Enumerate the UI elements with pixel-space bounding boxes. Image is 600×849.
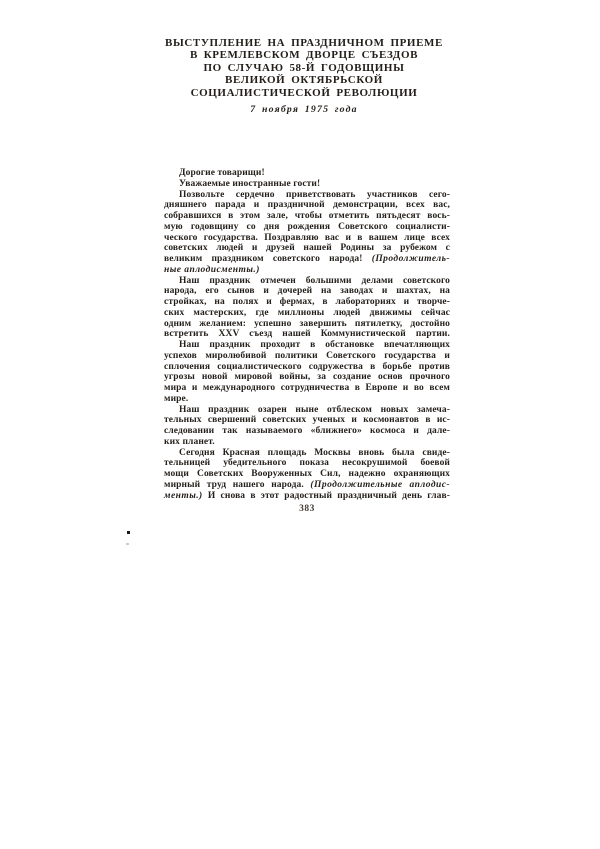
text-line: ских мастерских, где миллионы людей движ… xyxy=(164,308,450,319)
text-line: сплочения социалистического содружества … xyxy=(164,362,450,373)
text-segment: Дорогие товарищи! xyxy=(179,168,265,178)
text-line: менты.) И снова в этот радостный праздни… xyxy=(164,491,450,502)
text-segment: тельницей убедительного показа несокруши… xyxy=(164,458,450,468)
text-segment: Сегодня Красная площадь Москвы вновь был… xyxy=(179,448,450,458)
title-line-4: ВЕЛИКОЙ ОКТЯБРЬСКОЙ xyxy=(156,74,452,86)
text-line: советских людей и друзей нашей Родины за… xyxy=(164,243,450,254)
italic-text-segment: менты.) xyxy=(164,491,203,501)
text-segment: мира и международного сотрудничества в Е… xyxy=(164,383,450,393)
text-line: тельницей убедительного показа несокруши… xyxy=(164,458,450,469)
text-segment: ских мастерских, где миллионы людей движ… xyxy=(164,308,450,318)
text-segment: Наш праздник озарен ныне отблеском новых… xyxy=(179,405,450,415)
text-segment: Позвольте сердечно приветствовать участн… xyxy=(179,190,450,200)
text-line: собравшихся в этом зале, чтобы отметить … xyxy=(164,211,450,222)
text-line: ческого государства. Поздравляю вас и в … xyxy=(164,233,450,244)
text-line: мире. xyxy=(164,394,450,405)
text-line: дняшнего парада и праздничной демонстрац… xyxy=(164,200,450,211)
text-line: мира и международного сотрудничества в Е… xyxy=(164,383,450,394)
text-line: Наш праздник озарен ныне отблеском новых… xyxy=(164,405,450,416)
text-line: Дорогие товарищи! xyxy=(164,168,450,179)
text-segment: мую годовщину со дня рождения Советского… xyxy=(164,222,450,232)
text-segment: сплочения социалистического содружества … xyxy=(164,362,450,372)
text-line: мую годовщину со дня рождения Советского… xyxy=(164,222,450,233)
title-line-3: ПО СЛУЧАЮ 58-Й ГОДОВЩИНЫ xyxy=(156,62,452,74)
title-line-2: В КРЕМЛЕВСКОМ ДВОРЦЕ СЪЕЗДОВ xyxy=(156,49,452,61)
text-line: Сегодня Красная площадь Москвы вновь был… xyxy=(164,448,450,459)
text-segment: И снова в этот радостный праздничный ден… xyxy=(203,491,450,501)
text-segment: одним желанием: успешно завершить пятиле… xyxy=(164,319,450,329)
speech-body: Дорогие товарищи!Уважаемые иностранные г… xyxy=(164,168,450,501)
text-segment: успехов миролюбивой политики Советского … xyxy=(164,351,450,361)
text-segment: народа, его сынов и дочерей на заводах и… xyxy=(164,286,450,296)
text-line: мирный труд нашего народа. (Продолжитель… xyxy=(164,480,450,491)
speech-date: 7 ноября 1975 года xyxy=(156,104,452,115)
text-line: следовании так называемого «ближнего» ко… xyxy=(164,426,450,437)
text-segment: ких планет. xyxy=(164,437,215,447)
text-line: стройках, на полях и фермах, в лаборатор… xyxy=(164,297,450,308)
text-segment: Уважаемые иностранные гости! xyxy=(179,179,320,189)
text-line: Наш праздник проходит в обстановке впеча… xyxy=(164,340,450,351)
speech-title: ВЫСТУПЛЕНИЕ НА ПРАЗДНИЧНОМ ПРИЕМЕ В КРЕМ… xyxy=(156,37,452,115)
text-line: успехов миролюбивой политики Советского … xyxy=(164,351,450,362)
text-line: одним желанием: успешно завершить пятиле… xyxy=(164,319,450,330)
title-line-5: СОЦИАЛИСТИЧЕСКОЙ РЕВОЛЮЦИИ xyxy=(156,87,452,99)
text-line: встретить XXV съезд нашей Коммунистическ… xyxy=(164,329,450,340)
text-segment: тельных свершений советских ученых и кос… xyxy=(164,415,450,425)
text-line: Позвольте сердечно приветствовать участн… xyxy=(164,190,450,201)
text-segment: великим праздником советского народа! xyxy=(164,254,372,264)
scan-ink-speck xyxy=(127,531,130,534)
text-segment: собравшихся в этом зале, чтобы отметить … xyxy=(164,211,450,221)
italic-text-segment: ные аплодисменты.) xyxy=(164,265,260,275)
text-line: тельных свершений советских ученых и кос… xyxy=(164,415,450,426)
text-line: великим праздником советского народа! (П… xyxy=(164,254,450,265)
text-line: Наш праздник отмечен большими делами сов… xyxy=(164,276,450,287)
text-line: ких планет. xyxy=(164,437,450,448)
text-segment: угрозы новой мировой войны, за создание … xyxy=(164,372,450,382)
text-segment: мире. xyxy=(164,394,188,404)
text-segment: мирный труд нашего народа. xyxy=(164,480,310,490)
text-segment: мощи Советских Вооруженных Сил, надежно … xyxy=(164,469,450,479)
text-segment: ческого государства. Поздравляю вас и в … xyxy=(164,233,450,243)
text-segment: Наш праздник отмечен большими делами сов… xyxy=(179,276,450,286)
text-line: мощи Советских Вооруженных Сил, надежно … xyxy=(164,469,450,480)
italic-text-segment: (Продолжительные аплодис- xyxy=(310,480,450,490)
book-page: ВЫСТУПЛЕНИЕ НА ПРАЗДНИЧНОМ ПРИЕМЕ В КРЕМ… xyxy=(0,0,600,849)
text-line: ные аплодисменты.) xyxy=(164,265,450,276)
italic-text-segment: (Продолжитель- xyxy=(372,254,450,264)
text-line: народа, его сынов и дочерей на заводах и… xyxy=(164,286,450,297)
text-segment: следовании так называемого «ближнего» ко… xyxy=(164,426,450,436)
text-segment: стройках, на полях и фермах, в лаборатор… xyxy=(164,297,450,307)
text-segment: дняшнего парада и праздничной демонстрац… xyxy=(164,200,450,210)
text-segment: встретить XXV съезд нашей Коммунистическ… xyxy=(164,329,450,339)
page-number: 383 xyxy=(164,504,450,514)
title-line-1: ВЫСТУПЛЕНИЕ НА ПРАЗДНИЧНОМ ПРИЕМЕ xyxy=(156,37,452,49)
text-line: Уважаемые иностранные гости! xyxy=(164,179,450,190)
text-segment: советских людей и друзей нашей Родины за… xyxy=(164,243,450,253)
scan-faint-speck xyxy=(126,543,129,545)
text-line: угрозы новой мировой войны, за создание … xyxy=(164,372,450,383)
text-segment: Наш праздник проходит в обстановке впеча… xyxy=(179,340,450,350)
